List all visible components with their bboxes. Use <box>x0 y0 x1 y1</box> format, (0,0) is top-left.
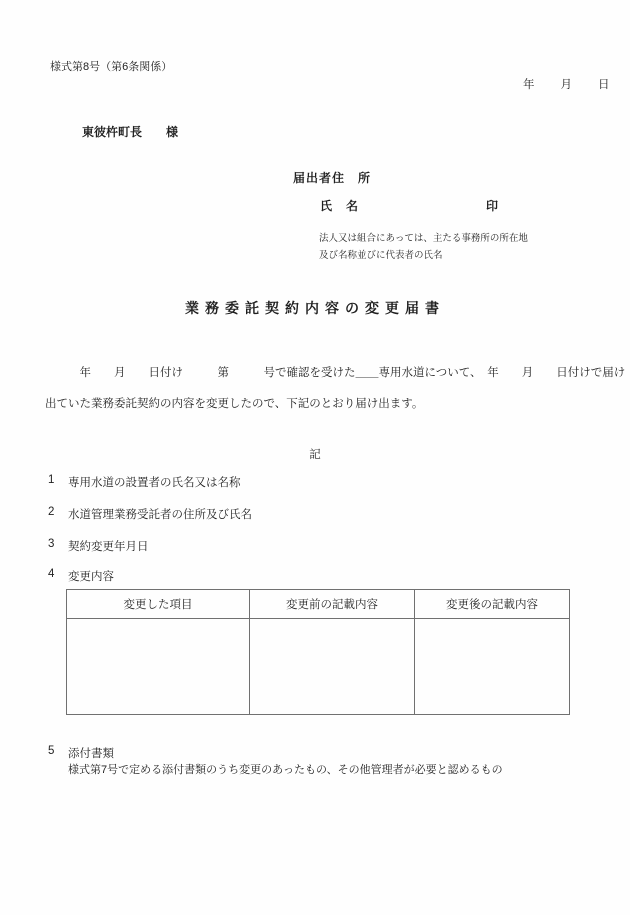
table-header-changed-item: 変更した項目 <box>67 590 250 619</box>
list-item-3-number: 3 <box>48 538 68 554</box>
list-item-4-number: 4 <box>48 568 68 584</box>
table-header-row: 変更した項目 変更前の記載内容 変更後の記載内容 <box>67 590 570 619</box>
list-item-2: 2 水道管理業務受託者の住所及び氏名 <box>48 506 252 522</box>
change-details-table: 変更した項目 変更前の記載内容 変更後の記載内容 <box>66 589 570 715</box>
list-item-1-text: 専用水道の設置者の氏名又は名称 <box>68 474 241 490</box>
list-item-2-text: 水道管理業務受託者の住所及び氏名 <box>68 506 252 522</box>
list-item-5: 5 添付書類 <box>48 745 114 761</box>
table-row <box>67 619 570 715</box>
form-number: 様式第8号（第6条関係） <box>50 58 172 74</box>
table-cell-after-change <box>415 619 570 715</box>
list-item-4: 4 変更内容 <box>48 568 114 584</box>
list-item-5-number: 5 <box>48 745 68 761</box>
table-cell-changed-item <box>67 619 250 715</box>
list-item-5-note: 様式第7号で定める添付書類のうち変更のあったもの、その他管理者が必要と認めるもの <box>68 761 503 777</box>
list-item-4-text: 変更内容 <box>68 568 114 584</box>
body-paragraph-line-1: 年 月 日付け 第 号で確認を受けた＿＿専用水道について、 年 月 日付けで届け <box>45 364 625 380</box>
list-item-1-number: 1 <box>48 474 68 490</box>
seal-label: 印 <box>486 197 498 214</box>
list-item-3: 3 契約変更年月日 <box>48 538 149 554</box>
table-cell-before-change <box>250 619 415 715</box>
document-title: 業務委託契約内容の変更届書 <box>0 298 630 318</box>
declarant-note-line-1: 法人又は組合にあっては、主たる事務所の所在地 <box>319 230 528 244</box>
list-item-5-text: 添付書類 <box>68 745 114 761</box>
declarant-note-line-2: 及び名称並びに代表者の氏名 <box>319 247 443 261</box>
table-header-after-change: 変更後の記載内容 <box>415 590 570 619</box>
date-line: 年 月 日 <box>523 76 611 92</box>
list-item-2-number: 2 <box>48 506 68 522</box>
list-item-3-text: 契約変更年月日 <box>68 538 149 554</box>
table-header-before-change: 変更前の記載内容 <box>250 590 415 619</box>
body-paragraph-line-2: 出ていた業務委託契約の内容を変更したので、下記のとおり届け出ます。 <box>45 395 423 411</box>
addressee: 東彼杵町長 様 <box>82 123 178 140</box>
list-item-1: 1 専用水道の設置者の氏名又は名称 <box>48 474 241 490</box>
declarant-address-label: 届出者住 所 <box>293 169 371 186</box>
form-page: 様式第8号（第6条関係） 年 月 日 東彼杵町長 様 届出者住 所 氏 名 印 … <box>0 0 630 915</box>
declarant-name-label: 氏 名 <box>320 197 359 214</box>
record-marker: 記 <box>0 446 630 462</box>
